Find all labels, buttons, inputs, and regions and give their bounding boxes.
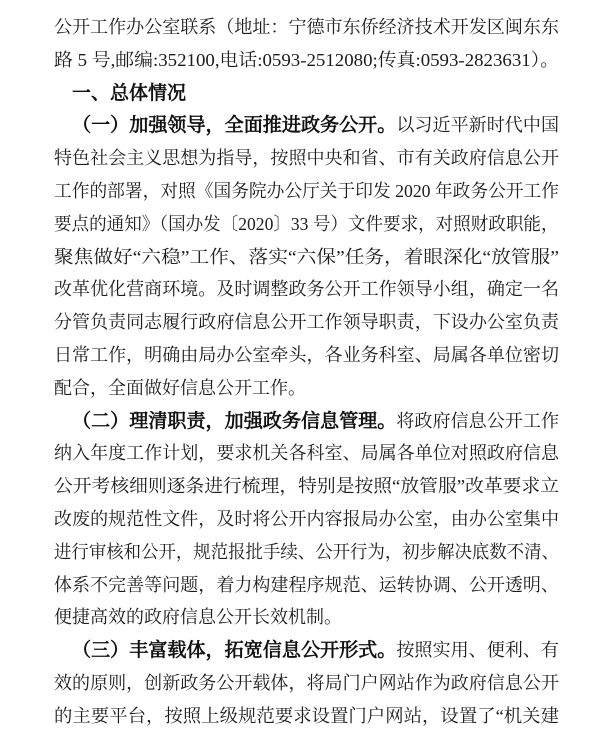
text-line-content: 的主要平台，按照上级规范要求设置门户网站，设置了“机关建 [54,700,559,733]
text-segment: 公开工作办公室联系（地址：宁德市东侨经济技术开发区闽东东 [54,17,559,37]
text-line-content: 路 5 号,邮编:352100,电话:0593-2512080;传真:0593-… [54,44,559,77]
text-line: 改废的规范性文件，及时将公开内容报局办公室，由办公室集中 [54,503,559,536]
text-segment: 公开考核细则逐条进行梳理，特别是按照“放管服”改革要求立 [54,476,559,496]
document-page: 公开工作办公室联系（地址：宁德市东侨经济技术开发区闽东东路 5 号,邮编:352… [0,0,616,755]
text-line: 一、总体情况 [54,77,559,110]
text-line: 分管负责同志履行政府信息公开工作领导职责，下设办公室负责 [54,306,559,339]
text-line-content: 日常工作，明确由局办公室牵头，各业务科室、局属各单位密切 [54,339,559,372]
text-line: 公开考核细则逐条进行梳理，特别是按照“放管服”改革要求立 [54,470,559,503]
text-line-content: 特色社会主义思想为指导，按照中央和省、市有关政府信息公开 [54,142,559,175]
text-line: 要点的通知》（国办发〔2020〕33 号）文件要求，对照财政职能， [54,208,559,241]
text-line: 工作的部署，对照《国务院办公厅关于印发 2020 年政务公开工作 [54,175,559,208]
text-segment: 进行审核和公开，规范报批手续、公开行为，初步解决底数不清、 [54,542,559,562]
text-segment: 便捷高效的政府信息公开长效机制。 [54,607,342,627]
text-line-content: （二）理清职责，加强政务信息管理。将政府信息公开工作 [72,405,559,439]
text-segment: 路 5 号,邮编:352100,电话:0593-2512080;传真:0593-… [54,50,559,70]
text-segment: 的主要平台，按照上级规范要求设置门户网站，设置了“机关建 [54,706,559,726]
text-line: 日常工作，明确由局办公室牵头，各业务科室、局属各单位密切 [54,339,559,372]
text-line-content: 效的原则，创新政务公开载体，将局门户网站作为政府信息公开 [54,667,559,700]
text-segment: 体系不完善等问题，着力构建程序规范、运转协调、公开透明、 [54,575,559,595]
text-line: 便捷高效的政府信息公开长效机制。 [54,601,559,634]
text-segment: 纳入年度工作计划，要求机关各科室、局属各单位对照政府信息 [54,443,559,463]
heading-segment: 一、总体情况 [72,83,186,104]
text-line-content: （一）加强领导，全面推进政务公开。以习近平新时代中国 [72,109,559,143]
text-line: （一）加强领导，全面推进政务公开。以习近平新时代中国 [54,109,559,142]
text-line-content: 一、总体情况 [72,77,186,111]
text-segment: 按照实用、便利、有 [396,640,559,660]
text-line-content: （三）丰富载体，拓宽信息公开形式。按照实用、便利、有 [72,634,559,668]
text-line: 特色社会主义思想为指导，按照中央和省、市有关政府信息公开 [54,142,559,175]
text-line: 聚焦做好“六稳”工作、落实“六保”任务，着眼深化“放管服” [54,241,559,274]
text-line: （三）丰富载体，拓宽信息公开形式。按照实用、便利、有 [54,634,559,667]
text-segment: 改革优化营商环境。及时调整政务公开工作领导小组，确定一名 [54,279,559,299]
text-line-content: 工作的部署，对照《国务院办公厅关于印发 2020 年政务公开工作 [54,175,559,208]
text-line: 效的原则，创新政务公开载体，将局门户网站作为政府信息公开 [54,667,559,700]
text-segment: 以习近平新时代中国 [396,115,559,135]
text-line: 纳入年度工作计划，要求机关各科室、局属各单位对照政府信息 [54,437,559,470]
text-line-content: 聚焦做好“六稳”工作、落实“六保”任务，着眼深化“放管服” [54,241,559,274]
document-body: 公开工作办公室联系（地址：宁德市东侨经济技术开发区闽东东路 5 号,邮编:352… [54,11,559,733]
text-line-content: 改废的规范性文件，及时将公开内容报局办公室，由办公室集中 [54,503,559,536]
text-line: 体系不完善等问题，着力构建程序规范、运转协调、公开透明、 [54,569,559,602]
text-line: 的主要平台，按照上级规范要求设置门户网站，设置了“机关建 [54,700,559,733]
text-line-content: 分管负责同志履行政府信息公开工作领导职责，下设办公室负责 [54,306,559,339]
text-line-content: 体系不完善等问题，着力构建程序规范、运转协调、公开透明、 [54,569,559,602]
text-segment: 效的原则，创新政务公开载体，将局门户网站作为政府信息公开 [54,673,559,693]
text-segment: 特色社会主义思想为指导，按照中央和省、市有关政府信息公开 [54,148,559,168]
text-line-content: 便捷高效的政府信息公开长效机制。 [54,601,342,634]
text-line: （二）理清职责，加强政务信息管理。将政府信息公开工作 [54,405,559,438]
heading-segment: （二）理清职责，加强政务信息管理。 [72,411,396,432]
text-line: 改革优化营商环境。及时调整政务公开工作领导小组，确定一名 [54,273,559,306]
text-segment: 配合，全面做好信息公开工作。 [54,378,306,398]
text-line-content: 公开工作办公室联系（地址：宁德市东侨经济技术开发区闽东东 [54,11,559,44]
text-line-content: 纳入年度工作计划，要求机关各科室、局属各单位对照政府信息 [54,437,559,470]
text-segment: 将政府信息公开工作 [396,411,559,431]
text-line: 公开工作办公室联系（地址：宁德市东侨经济技术开发区闽东东 [54,11,559,44]
text-line-content: 改革优化营商环境。及时调整政务公开工作领导小组，确定一名 [54,273,559,306]
text-segment: 日常工作，明确由局办公室牵头，各业务科室、局属各单位密切 [54,345,559,365]
text-segment: 分管负责同志履行政府信息公开工作领导职责，下设办公室负责 [54,312,559,332]
text-segment: 聚焦做好“六稳”工作、落实“六保”任务，着眼深化“放管服” [54,247,559,267]
text-line: 路 5 号,邮编:352100,电话:0593-2512080;传真:0593-… [54,44,559,77]
text-line-content: 进行审核和公开，规范报批手续、公开行为，初步解决底数不清、 [54,536,559,569]
text-segment: 工作的部署，对照《国务院办公厅关于印发 2020 年政务公开工作 [54,181,559,201]
text-line: 配合，全面做好信息公开工作。 [54,372,559,405]
heading-segment: （一）加强领导，全面推进政务公开。 [72,115,396,136]
text-segment: 改废的规范性文件，及时将公开内容报局办公室，由办公室集中 [54,509,559,529]
text-segment: 要点的通知》（国办发〔2020〕33 号）文件要求，对照财政职能， [54,214,559,234]
text-line-content: 配合，全面做好信息公开工作。 [54,372,306,405]
text-line: 进行审核和公开，规范报批手续、公开行为，初步解决底数不清、 [54,536,559,569]
heading-segment: （三）丰富载体，拓宽信息公开形式。 [72,640,396,661]
text-line-content: 公开考核细则逐条进行梳理，特别是按照“放管服”改革要求立 [54,470,559,503]
text-line-content: 要点的通知》（国办发〔2020〕33 号）文件要求，对照财政职能， [54,208,559,241]
